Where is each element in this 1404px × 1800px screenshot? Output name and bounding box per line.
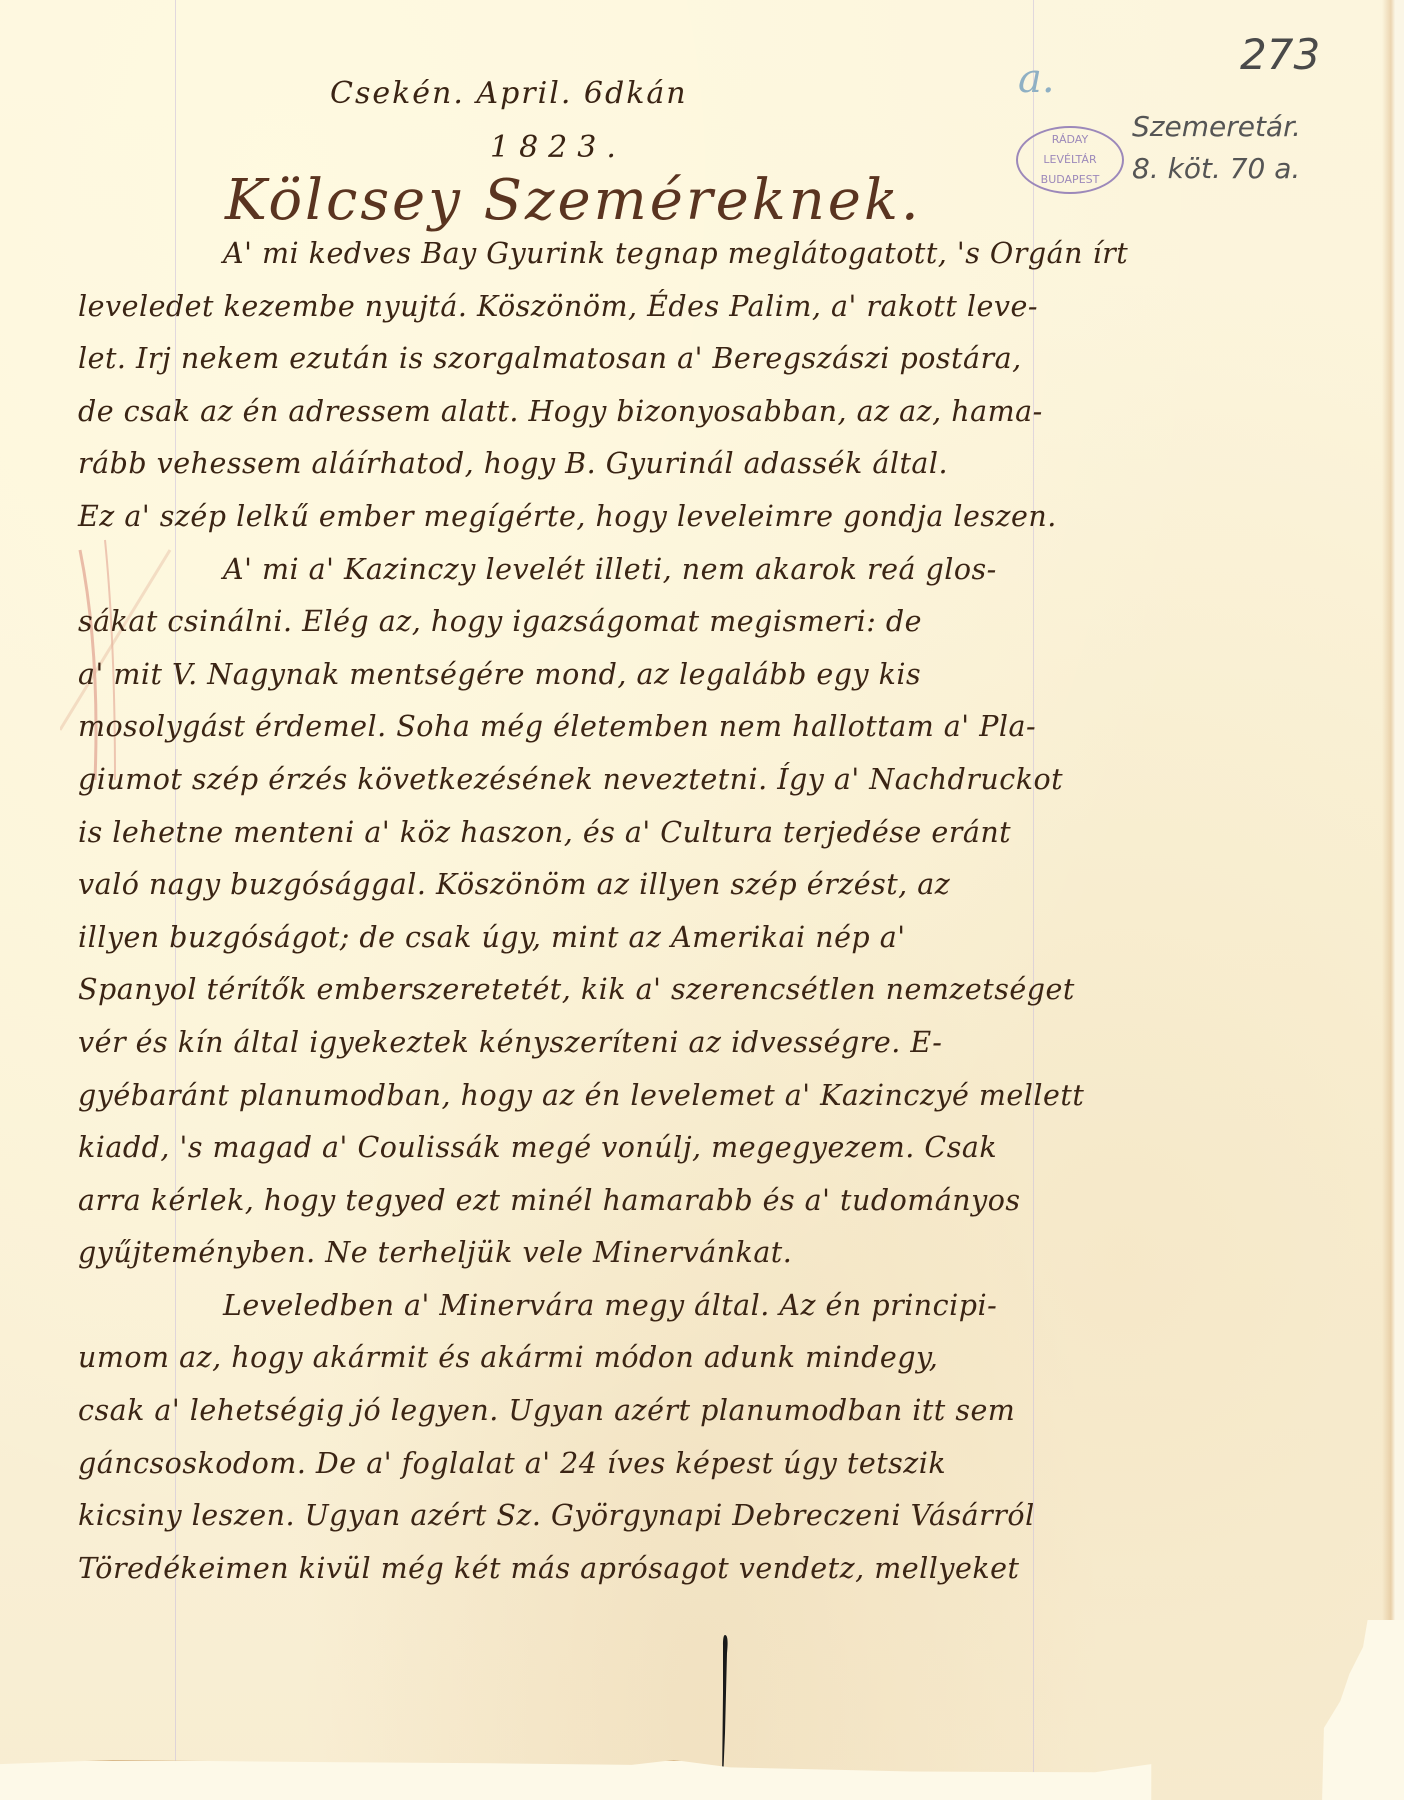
page-number: 273: [1240, 30, 1320, 79]
shelfmark-line: 8. köt. 70 a.: [1132, 148, 1301, 190]
text-line: mosolygást érdemel. Soha még életemben n…: [78, 701, 1338, 754]
stamp-line: LEVÉLTÁR: [1018, 150, 1122, 170]
text-line: leveledet kezembe nyujtá. Köszönöm, Édes…: [78, 281, 1338, 334]
place-date-line: Csekén. April. 6dkán: [330, 76, 688, 111]
text-line: gyébaránt planumodban, hogy az én levele…: [78, 1070, 1338, 1123]
text-line: való nagy buzgósággal. Köszönöm az illye…: [78, 859, 1338, 912]
manuscript-page: Csekén. April. 6dkán 1823. Kölcsey Szemé…: [0, 0, 1404, 1800]
paper-torn-bottom-edge: [0, 1760, 1404, 1800]
text-line: de csak az én adressem alatt. Hogy bizon…: [78, 386, 1338, 439]
text-line: a' mit V. Nagynak mentségére mond, az le…: [78, 649, 1338, 702]
text-line: Töredékeimen kivül még két más aprósagot…: [78, 1543, 1338, 1596]
text-line: A' mi a' Kazinczy levelét illeti, nem ak…: [78, 544, 1338, 597]
shelfmark: Szemeretár. 8. köt. 70 a.: [1132, 106, 1301, 190]
text-line: gáncsoskodom. De a' foglalat a' 24 íves …: [78, 1438, 1338, 1491]
shelfmark-line: Szemeretár.: [1132, 106, 1301, 148]
year-line: 1823.: [490, 130, 626, 165]
text-line: vér és kín által igyekeztek kényszeríten…: [78, 1017, 1338, 1070]
text-line: kicsiny leszen. Ugyan azért Sz. Györgyna…: [78, 1490, 1338, 1543]
text-line: arra kérlek, hogy tegyed ezt minél hamar…: [78, 1175, 1338, 1228]
text-line: sákat csinálni. Elég az, hogy igazságoma…: [78, 596, 1338, 649]
text-line: Leveledben a' Minervára megy által. Az é…: [78, 1280, 1338, 1333]
text-line: csak a' lehetségig jó legyen. Ugyan azér…: [78, 1385, 1338, 1438]
salutation-heading: Kölcsey Szeméreknek.: [225, 168, 922, 233]
blue-pencil-mark: a.: [1018, 56, 1055, 102]
paper-torn-corner: [1313, 1620, 1404, 1800]
text-line: giumot szép érzés következésének nevezte…: [78, 754, 1338, 807]
text-line: Ez a' szép lelkű ember megígérte, hogy l…: [78, 491, 1338, 544]
text-line: kiadd, 's magad a' Coulissák megé vonúlj…: [78, 1122, 1338, 1175]
text-line: Spanyol térítők emberszeretetét, kik a' …: [78, 964, 1338, 1017]
ink-stroke-mark: [720, 1633, 730, 1783]
text-line: gyűjteményben. Ne terheljük vele Minervá…: [78, 1227, 1338, 1280]
text-line: is lehetne menteni a' köz haszon, és a' …: [78, 807, 1338, 860]
text-line: let. Irj nekem ezután is szorgalmatosan …: [78, 333, 1338, 386]
text-line: A' mi kedves Bay Gyurink tegnap meglátog…: [78, 228, 1338, 281]
archive-stamp: RÁDAY LEVÉLTÁR BUDAPEST: [1016, 126, 1124, 194]
text-line: rább vehessem aláírhatod, hogy B. Gyurin…: [78, 438, 1338, 491]
paper-right-edge: [1382, 0, 1404, 1800]
text-line: illyen buzgóságot; de csak úgy, mint az …: [78, 912, 1338, 965]
stamp-line: BUDAPEST: [1018, 170, 1122, 190]
letter-body: A' mi kedves Bay Gyurink tegnap meglátog…: [78, 228, 1338, 1595]
text-line: umom az, hogy akármit és akármi módon ad…: [78, 1332, 1338, 1385]
stamp-line: RÁDAY: [1018, 130, 1122, 150]
